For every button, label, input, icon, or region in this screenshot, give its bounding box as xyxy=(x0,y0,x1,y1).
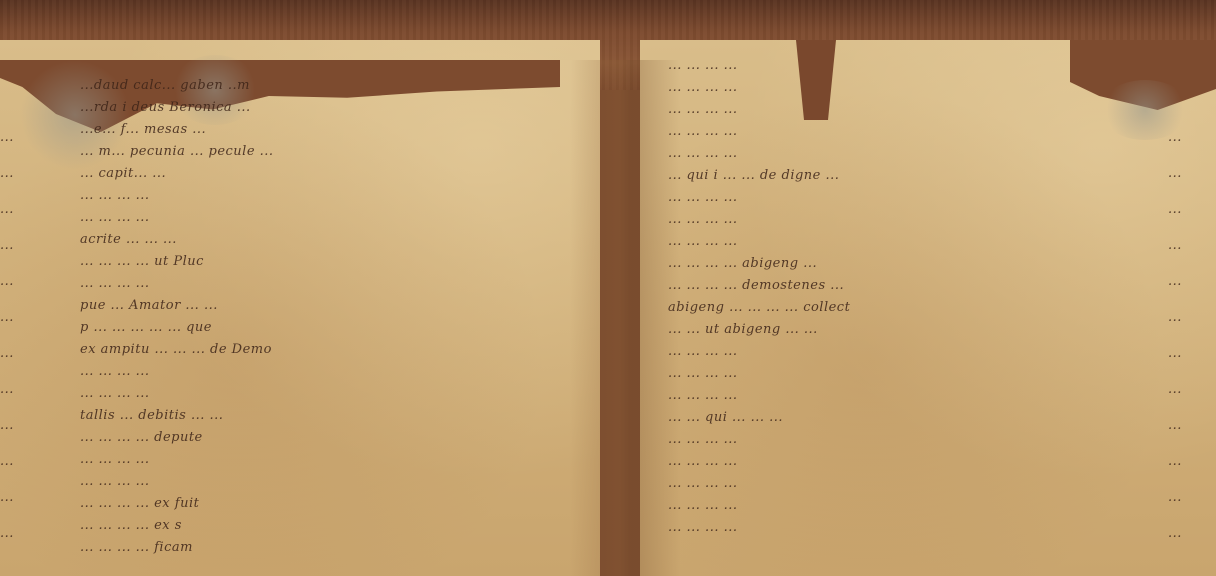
text-line: ... ... ... ... xyxy=(668,58,738,73)
text-line: ... xyxy=(1168,310,1182,325)
text-line: ... ... ... ... xyxy=(668,190,738,205)
text-line: ... ... ... ... xyxy=(80,188,150,203)
text-line: ... ... ... ... xyxy=(668,476,738,491)
text-line: ... ... ... ... xyxy=(668,454,738,469)
text-line: ... xyxy=(1168,130,1182,145)
page-gutter xyxy=(570,60,680,576)
text-line: ex ampitu ... ... ... de Demo xyxy=(80,342,272,357)
text-line: ... ... ... ... demostenes ... xyxy=(668,278,844,293)
text-line: ... ... ... ... xyxy=(80,364,150,379)
text-line: ... xyxy=(0,490,14,505)
text-line: ... ... ... ... xyxy=(80,210,150,225)
manuscript-photo: ...daud calc... gaben ..m ...rda i deus … xyxy=(0,0,1216,576)
text-line: ... xyxy=(0,346,14,361)
text-line: ... xyxy=(1168,238,1182,253)
text-line: ... xyxy=(0,202,14,217)
text-line: ... xyxy=(1168,346,1182,361)
text-line: ... ... ... ... xyxy=(668,432,738,447)
text-line: ... ... ... ... depute xyxy=(80,430,203,445)
text-line: ... ... ... ... xyxy=(80,386,150,401)
text-line: ... xyxy=(1168,274,1182,289)
text-line: ... xyxy=(1168,490,1182,505)
text-line: ... ... ... ... xyxy=(668,212,738,227)
text-line: ... ... ... ... abigeng ... xyxy=(668,256,817,271)
text-line: ... xyxy=(0,310,14,325)
text-line: ... xyxy=(1168,382,1182,397)
text-line: ... ... qui ... ... ... xyxy=(668,410,783,425)
text-line: ... ... ... ... xyxy=(668,366,738,381)
text-line: ... ... ... ... xyxy=(668,102,738,117)
text-line: ... ... ... ... xyxy=(80,452,150,467)
text-line: ... ... ... ... ex s xyxy=(80,518,182,533)
text-line: ... ... ut abigeng ... ... xyxy=(668,322,818,337)
text-line: ...rda i deus Beronica ... xyxy=(80,100,251,115)
text-line: ... ... ... ... ex fuit xyxy=(80,496,199,511)
text-line: ... ... ... ... xyxy=(668,388,738,403)
text-line: ... xyxy=(0,274,14,289)
text-line: ... xyxy=(0,382,14,397)
text-line: ... xyxy=(1168,202,1182,217)
text-line: ... ... ... ... ut Pluc xyxy=(80,254,204,269)
text-line: ... ... ... ... ficam xyxy=(80,540,193,555)
text-line: ... xyxy=(1168,526,1182,541)
text-line: ...daud calc... gaben ..m xyxy=(80,78,250,93)
text-line: tallis ... debitis ... ... xyxy=(80,408,223,423)
text-line: abigeng ... ... ... ... collect xyxy=(668,300,850,315)
text-line: ... xyxy=(0,166,14,181)
text-line: ... ... ... ... xyxy=(668,146,738,161)
text-line: ... xyxy=(1168,418,1182,433)
text-line: ... m... pecunia ... pecule ... xyxy=(80,144,274,159)
text-line: ... ... ... ... xyxy=(668,498,738,513)
text-line: ... xyxy=(1168,166,1182,181)
text-line: ...e... f... mesas ... xyxy=(80,122,206,137)
text-line: ... ... ... ... xyxy=(668,344,738,359)
text-line: ... ... ... ... xyxy=(668,234,738,249)
text-line: ... xyxy=(0,238,14,253)
text-line: acrite ... ... ... xyxy=(80,232,177,247)
text-line: ... ... ... ... xyxy=(668,520,738,535)
text-line: ... capit... ... xyxy=(80,166,166,181)
text-line: ... ... ... ... xyxy=(668,80,738,95)
text-line: ... xyxy=(0,130,14,145)
text-line: ... ... ... ... xyxy=(80,474,150,489)
text-line: p ... ... ... ... ... que xyxy=(80,320,212,335)
text-line: pue ... Amator ... ... xyxy=(80,298,218,313)
text-line: ... xyxy=(1168,454,1182,469)
text-line: ... xyxy=(0,418,14,433)
text-line: ... ... ... ... xyxy=(80,276,150,291)
text-line: ... xyxy=(0,454,14,469)
text-line: ... ... ... ... xyxy=(668,124,738,139)
text-line: ... xyxy=(0,526,14,541)
text-line: ... qui i ... ... de digne ... xyxy=(668,168,839,183)
